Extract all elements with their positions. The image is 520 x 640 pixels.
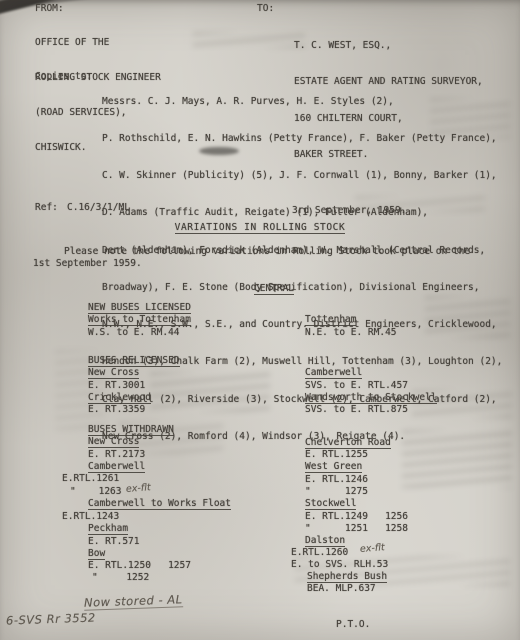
garage-heading: New Cross xyxy=(88,367,139,379)
to-label: TO: xyxy=(257,3,274,15)
document-date: 3rd September, 1959. xyxy=(292,205,406,217)
stock-entry: E. RTL.1250 1257 xyxy=(88,560,191,572)
garage-heading: West Green xyxy=(305,461,362,473)
copies-line: Messrs. C. J. Mays, A. R. Purves, H. E. … xyxy=(102,96,502,108)
ink-smudge xyxy=(199,147,239,155)
bleed-through-mark xyxy=(193,32,305,48)
doc-title-row: VARIATIONS IN ROLLING STOCK xyxy=(0,222,520,234)
garage-heading: Tottenham xyxy=(305,314,356,326)
stock-entry: " 1275 xyxy=(305,486,368,498)
copies-to-label: Copies to: xyxy=(35,71,92,83)
copies-line: Clay Hall (2), Riverside (3), Stockwell … xyxy=(102,394,502,406)
stock-entry: SVS. to E. RTL.875 xyxy=(305,404,408,416)
stock-entry: E. RTL.1249 1256 xyxy=(305,511,408,523)
stock-entry: E. RT.571 xyxy=(88,536,139,548)
pto-label: P.T.O. xyxy=(336,619,370,631)
garage-heading: Peckham xyxy=(88,523,128,535)
garage-heading: Stockwell xyxy=(305,498,356,510)
garage-heading: Dalston xyxy=(305,535,345,547)
category-heading-buses-relicensed: BUSES RELICENSED xyxy=(88,355,180,367)
stock-entry: E. RT.3001 xyxy=(88,380,145,392)
scanned-memo-page: FROM: OFFICE OF THE ROLLING STOCK ENGINE… xyxy=(0,0,520,640)
handwritten-stored-note: Now stored - AL xyxy=(84,593,183,610)
intro-line: 1st September 1959. xyxy=(33,258,142,270)
stock-entry: " 1263 xyxy=(70,486,121,498)
stock-entry: W.S. to E. RM.44 xyxy=(88,327,180,339)
garage-heading: Shepherds Bush xyxy=(307,571,387,583)
stock-entry: E. RTL.1255 xyxy=(305,449,368,461)
stock-entry: E.RTL.1260 xyxy=(291,547,348,559)
garage-heading: Bow xyxy=(88,548,105,560)
stock-entry: E.RTL.1243 xyxy=(62,511,119,523)
ref-number: C.16/3/1/ML xyxy=(67,202,130,214)
stock-entry: " 1252 xyxy=(92,572,149,584)
stock-entry: E. RTL.1246 xyxy=(305,474,368,486)
garage-heading: Camberwell to Works Float xyxy=(88,498,231,510)
stock-entry: E. RT.3359 xyxy=(88,404,145,416)
handwritten-stock-code: 6-SVS Rr 3552 xyxy=(6,611,96,626)
garage-heading: Chelverton Road xyxy=(305,437,391,449)
garage-heading: Cricklewood xyxy=(88,392,151,404)
handwritten-ex-fleet-note: ex-flt xyxy=(126,482,152,496)
handwritten-ex-fleet-note: ex-flt xyxy=(360,542,386,556)
region-heading: CENTRAL xyxy=(254,283,294,295)
intro-line: Please note the following variations in … xyxy=(64,246,470,258)
stock-entry: E.RTL.1261 xyxy=(62,473,119,485)
sender-line: OFFICE OF THE xyxy=(35,37,161,49)
garage-heading: Camberwell xyxy=(88,461,145,473)
stock-entry: E. to SVS. RLH.53 xyxy=(291,559,388,571)
category-heading-new-buses-licensed: NEW BUSES LICENSED xyxy=(88,302,191,314)
garage-heading: Wandsworth to Stockwell xyxy=(305,392,437,404)
garage-heading: New Cross xyxy=(88,436,139,448)
ref-label: Ref: xyxy=(35,202,58,214)
garage-heading: Works to Tottenham xyxy=(88,314,191,326)
stock-entry: BEA. MLP.637 xyxy=(307,583,376,595)
region-heading-row: CENTRAL xyxy=(14,283,520,295)
copies-block: Messrs. C. J. Mays, A. R. Purves, H. E. … xyxy=(102,71,502,468)
stock-entry: " 1251 1258 xyxy=(305,523,408,535)
garage-heading: Camberwell xyxy=(305,367,362,379)
recipient-line: T. C. WEST, ESQ., xyxy=(294,40,483,52)
copies-line: C. W. Skinner (Publicity) (5), J. F. Cor… xyxy=(102,170,502,182)
stock-entry: E. RT.2173 xyxy=(88,449,145,461)
stock-entry: SVS. to E. RTL.457 xyxy=(305,380,408,392)
stock-entry: N.E. to E. RM.45 xyxy=(305,327,397,339)
copies-line: P. Rothschild, E. N. Hawkins (Petty Fran… xyxy=(102,133,502,145)
category-heading-buses-withdrawn: BUSES WITHDRAWN xyxy=(88,424,174,436)
page-title: VARIATIONS IN ROLLING STOCK xyxy=(175,222,346,234)
